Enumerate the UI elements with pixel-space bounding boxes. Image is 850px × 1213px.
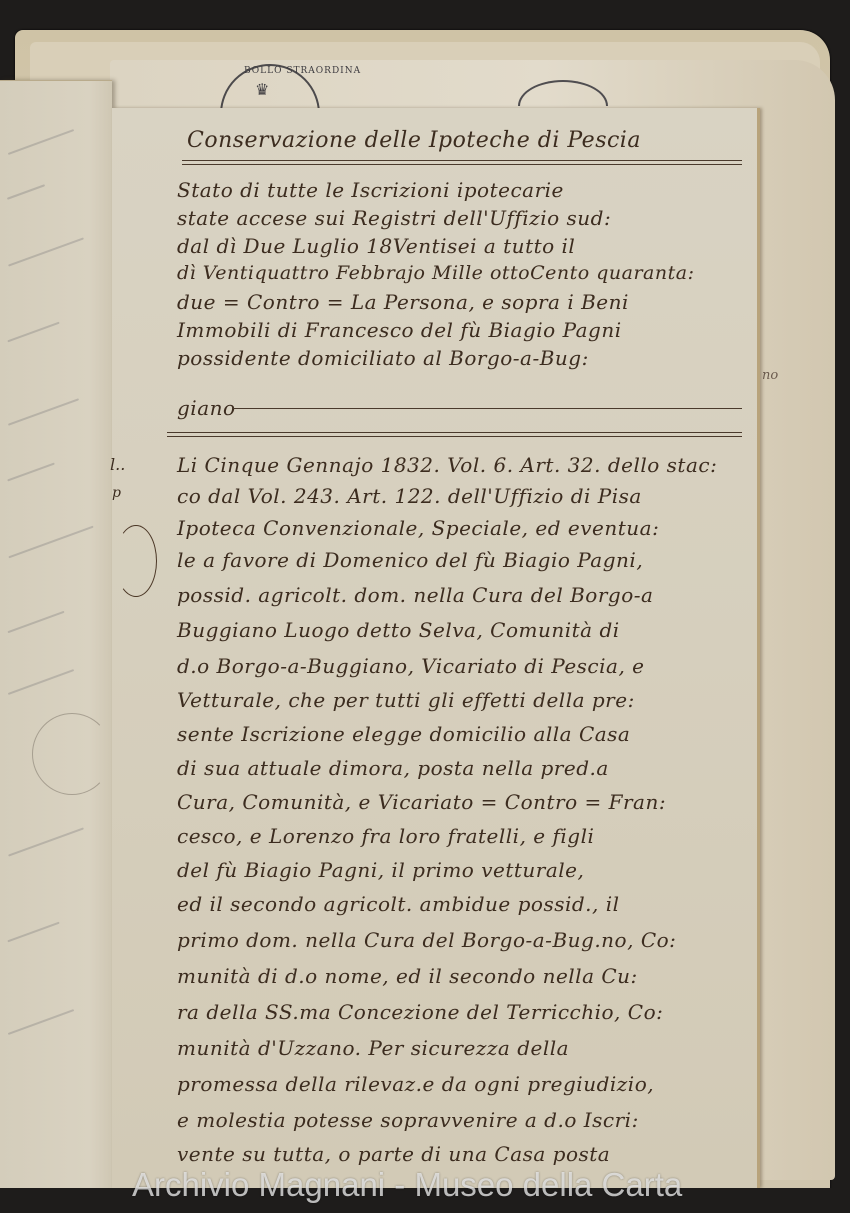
- title-underline: [182, 164, 742, 165]
- bleed-through-stroke: [7, 184, 45, 200]
- header-line: possidente domiciliato al Borgo-a-Bug:: [177, 346, 589, 370]
- entry-line: promessa della rilevaz.e da ogni pregiud…: [177, 1072, 654, 1096]
- entry-line: munità d'Uzzano. Per sicurezza della: [177, 1036, 569, 1060]
- entry-line: Ipoteca Convenzionale, Speciale, ed even…: [177, 516, 659, 540]
- crown-icon: ♛: [255, 80, 269, 99]
- title-underline: [182, 160, 742, 161]
- entry-line: possid. agricolt. dom. nella Cura del Bo…: [177, 583, 653, 607]
- archive-watermark: Archivio Magnani - Museo della Carta: [132, 1166, 682, 1204]
- header-line: Immobili di Francesco del fù Biagio Pagn…: [177, 318, 622, 342]
- bleed-through-stroke: [8, 237, 84, 266]
- header-rule: [232, 408, 742, 409]
- header-line: state accese sui Registri dell'Uffizio s…: [177, 206, 611, 230]
- left-margin-mark: l..: [110, 455, 125, 474]
- bleed-through-stroke: [7, 463, 55, 482]
- entry-line: Vetturale, che per tutti gli effetti del…: [177, 688, 635, 712]
- tax-stamp-text: BOLLO STRAORDINA: [244, 66, 361, 76]
- bleed-through-loop: [32, 713, 112, 795]
- header-line: dal dì Due Luglio 18Ventisei a tutto il: [177, 234, 575, 258]
- left-margin-mark: p: [112, 485, 121, 501]
- entry-line: Buggiano Luogo detto Selva, Comunità di: [177, 618, 620, 642]
- section-divider: [167, 432, 742, 433]
- header-line: due = Contro = La Persona, e sopra i Ben…: [177, 290, 629, 314]
- bleed-through-stroke: [8, 129, 74, 155]
- bleed-through-stroke: [7, 322, 59, 343]
- entry-line: primo dom. nella Cura del Borgo-a-Bug.no…: [177, 928, 676, 952]
- entry-line: munità di d.o nome, ed il secondo nella …: [177, 964, 638, 988]
- entry-line: cesco, e Lorenzo fra loro fratelli, e fi…: [177, 824, 594, 848]
- header-line: dì Ventiquattro Febbrajo Mille ottoCento…: [177, 262, 695, 284]
- bleed-through-stroke: [7, 922, 59, 943]
- entry-line: le a favore di Domenico del fù Biagio Pa…: [177, 548, 643, 572]
- bleed-through-stroke: [8, 1009, 74, 1035]
- entry-line: sente Iscrizione elegge domicilio alla C…: [177, 722, 630, 746]
- bleed-through-stroke: [8, 526, 93, 559]
- entry-line: del fù Biagio Pagni, il primo vetturale,: [177, 858, 584, 882]
- entry-line: Li Cinque Gennajo 1832. Vol. 6. Art. 32.…: [177, 453, 717, 477]
- entry-line: vente su tutta, o parte di una Casa post…: [177, 1142, 610, 1166]
- entry-line: di sua attuale dimora, posta nella pred.…: [177, 756, 609, 780]
- bleed-through-stroke: [8, 827, 84, 856]
- page-title: Conservazione delle Ipoteche di Pescia: [187, 128, 641, 153]
- bleed-through-stroke: [7, 611, 64, 633]
- entry-line: Cura, Comunità, e Vicariato = Contro = F…: [177, 790, 666, 814]
- entry-line: co dal Vol. 243. Art. 122. dell'Uffizio …: [177, 484, 642, 508]
- header-line: giano: [177, 396, 236, 420]
- entry-line: ra della SS.ma Concezione del Terricchio…: [177, 1000, 663, 1024]
- bleed-through-stroke: [8, 398, 79, 426]
- flourish-loop: [115, 525, 157, 597]
- section-divider: [167, 436, 742, 437]
- header-line: Stato di tutte le Iscrizioni ipotecarie: [177, 178, 564, 202]
- entry-line: ed il secondo agricolt. ambidue possid.,…: [177, 892, 620, 916]
- bleed-through-stroke: [8, 669, 74, 695]
- entry-line: d.o Borgo-a-Buggiano, Vicariato di Pesci…: [177, 654, 645, 678]
- entry-line: e molestia potesse sopravvenire a d.o Is…: [177, 1108, 639, 1132]
- margin-note-right: no: [762, 368, 778, 383]
- manuscript-page: Conservazione delle Ipoteche di Pescia S…: [112, 108, 760, 1188]
- folded-left-flap: [0, 80, 112, 1196]
